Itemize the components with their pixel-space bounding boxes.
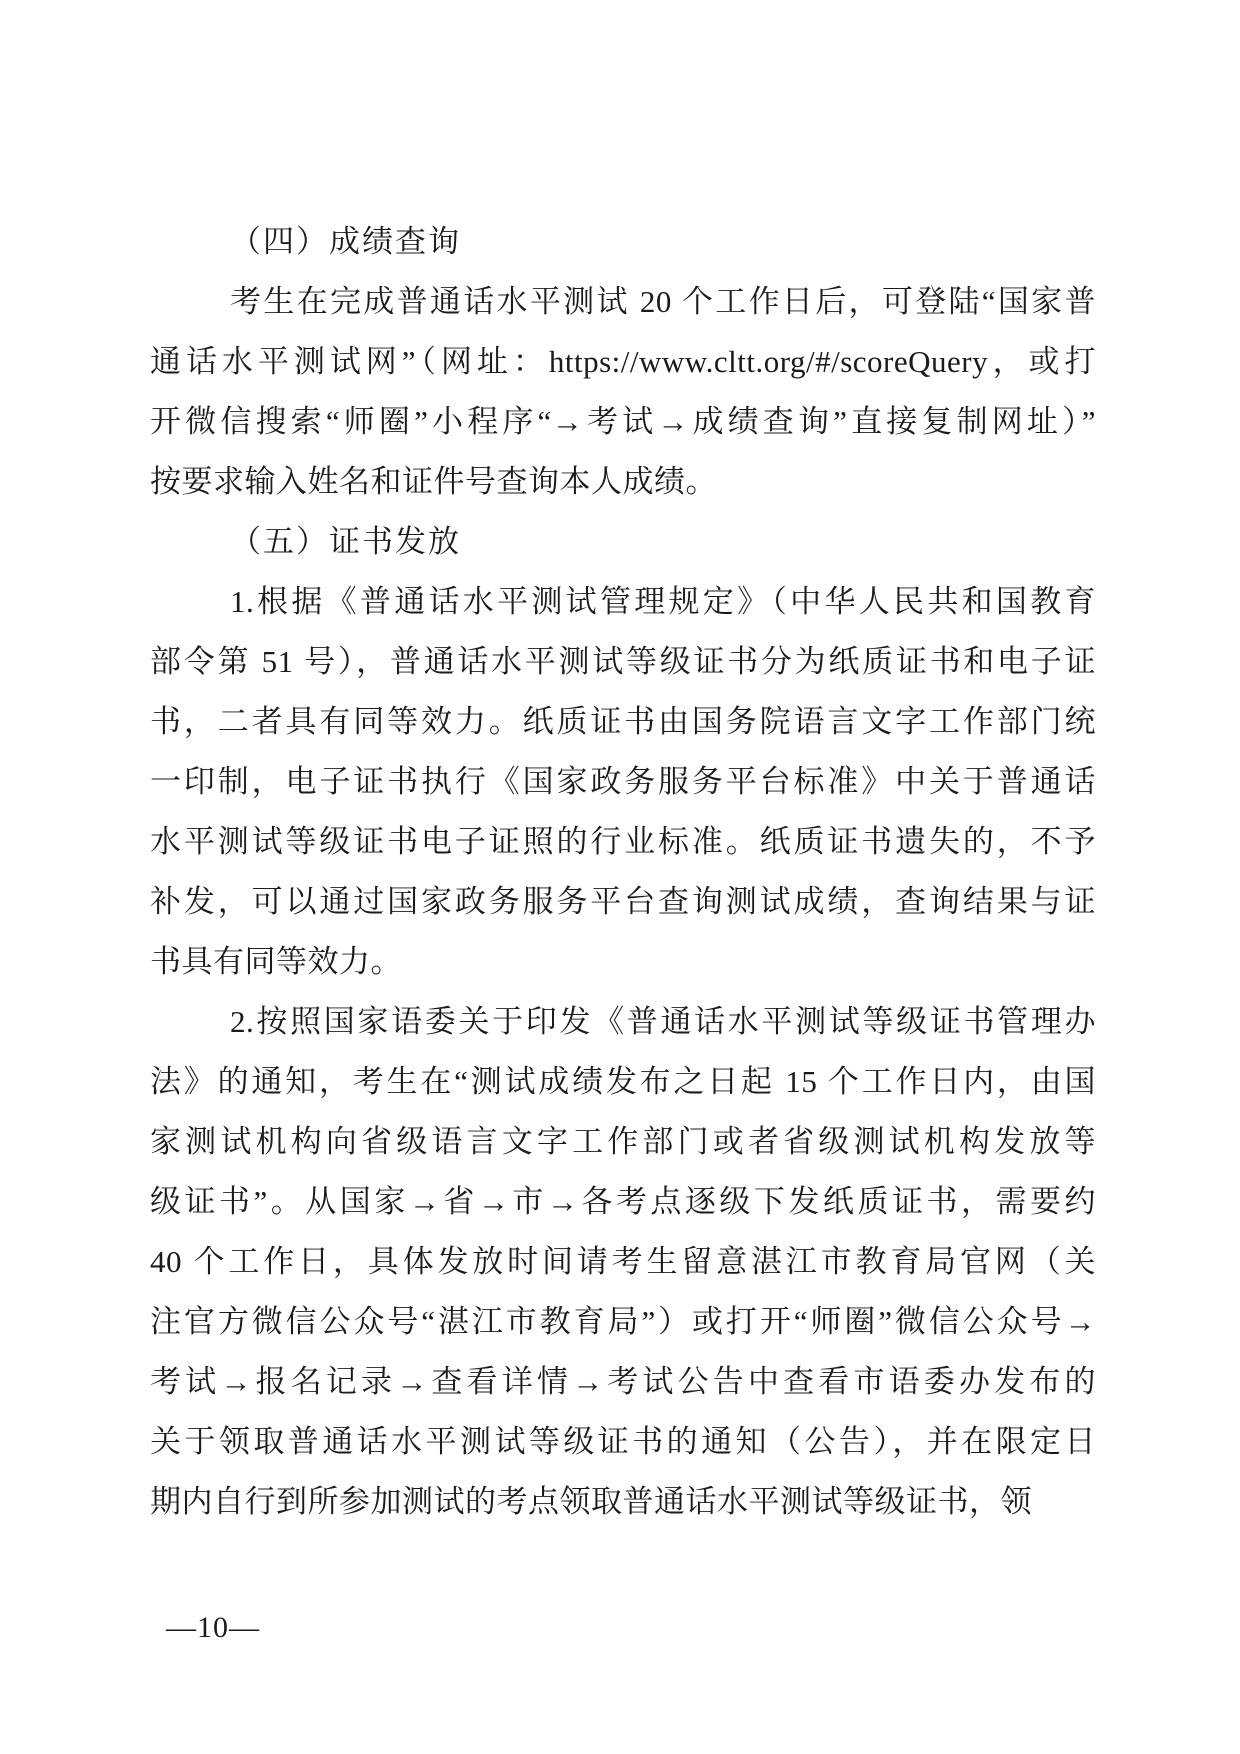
text-line: （五）证书发放 (150, 512, 1096, 572)
paragraph: 1.根据《普通话水平测试管理规定》（中华人民共和国教育部令第 51 号），普通话… (150, 572, 1096, 992)
text-line: 一印制，电子证书执行《国家政务服务平台标准》中关于普通话 (150, 752, 1096, 812)
text-line: 开微信搜索“师圈”小程序“→考试→成绩查询”直接复制网址）” (150, 392, 1096, 452)
page-number: —10— (166, 1608, 260, 1648)
text-line: 2.按照国家语委关于印发《普通话水平测试等级证书管理办 (150, 992, 1096, 1052)
text-line: 通话水平测试网”（网址：https://www.cltt.org/#/score… (150, 332, 1096, 392)
text-line: 级证书”。从国家→省→市→各考点逐级下发纸质证书，需要约 (150, 1172, 1096, 1232)
text-line: （四）成绩查询 (150, 212, 1096, 272)
document-page: （四）成绩查询考生在完成普通话水平测试 20 个工作日后，可登陆“国家普通话水平… (0, 0, 1240, 1754)
text-line: 书具有同等效力。 (150, 932, 1096, 992)
text-line: 法》的通知，考生在“测试成绩发布之日起 15 个工作日内，由国 (150, 1052, 1096, 1112)
text-line: 1.根据《普通话水平测试管理规定》（中华人民共和国教育 (150, 572, 1096, 632)
text-line: 书，二者具有同等效力。纸质证书由国务院语言文字工作部门统 (150, 692, 1096, 752)
text-line: 注官方微信公众号“湛江市教育局”）或打开“师圈”微信公众号→ (150, 1292, 1096, 1352)
paragraph: 2.按照国家语委关于印发《普通话水平测试等级证书管理办法》的通知，考生在“测试成… (150, 992, 1096, 1532)
text-line: 期内自行到所参加测试的考点领取普通话水平测试等级证书，领 (150, 1472, 1096, 1532)
text-line: 考生在完成普通话水平测试 20 个工作日后，可登陆“国家普 (150, 272, 1096, 332)
document-body: （四）成绩查询考生在完成普通话水平测试 20 个工作日后，可登陆“国家普通话水平… (150, 212, 1096, 1532)
text-line: 按要求输入姓名和证件号查询本人成绩。 (150, 452, 1096, 512)
text-line: 关于领取普通话水平测试等级证书的通知（公告），并在限定日 (150, 1412, 1096, 1472)
paragraph: 考生在完成普通话水平测试 20 个工作日后，可登陆“国家普通话水平测试网”（网址… (150, 272, 1096, 512)
text-line: 考试→报名记录→查看详情→考试公告中查看市语委办发布的 (150, 1352, 1096, 1412)
text-line: 家测试机构向省级语言文字工作部门或者省级测试机构发放等 (150, 1112, 1096, 1172)
text-line: 部令第 51 号），普通话水平测试等级证书分为纸质证书和电子证 (150, 632, 1096, 692)
text-line: 补发，可以通过国家政务服务平台查询测试成绩，查询结果与证 (150, 872, 1096, 932)
section-heading: （五）证书发放 (150, 512, 1096, 572)
text-line: 水平测试等级证书电子证照的行业标准。纸质证书遗失的，不予 (150, 812, 1096, 872)
section-heading: （四）成绩查询 (150, 212, 1096, 272)
text-line: 40 个工作日，具体发放时间请考生留意湛江市教育局官网（关 (150, 1232, 1096, 1292)
